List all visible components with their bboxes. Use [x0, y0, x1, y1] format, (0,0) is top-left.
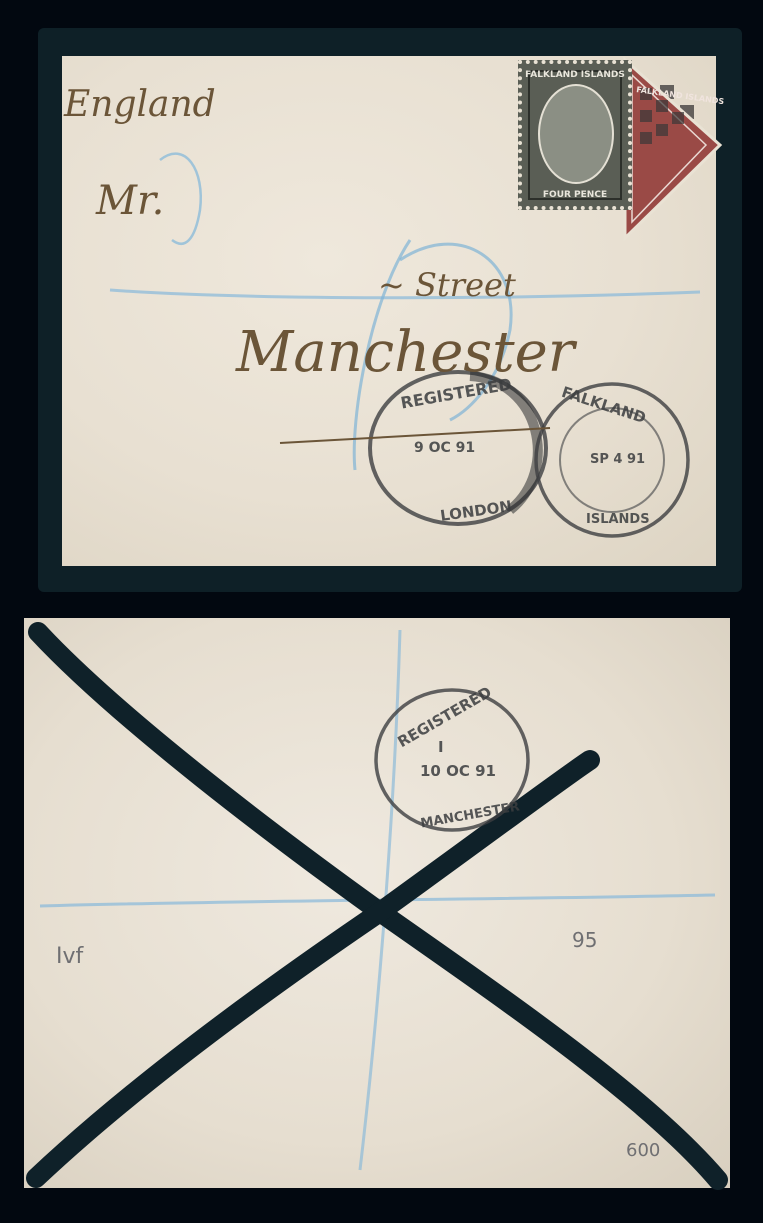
pencil-note-catalogue: 600	[626, 1140, 660, 1161]
postmark-manchester-date: 10 OC 91	[420, 762, 496, 780]
postmark-manchester-line1: I	[438, 738, 444, 756]
back-marks	[0, 0, 763, 1223]
pencil-note-initials: Ivf	[56, 944, 83, 969]
pencil-note-price: 95	[572, 928, 597, 952]
